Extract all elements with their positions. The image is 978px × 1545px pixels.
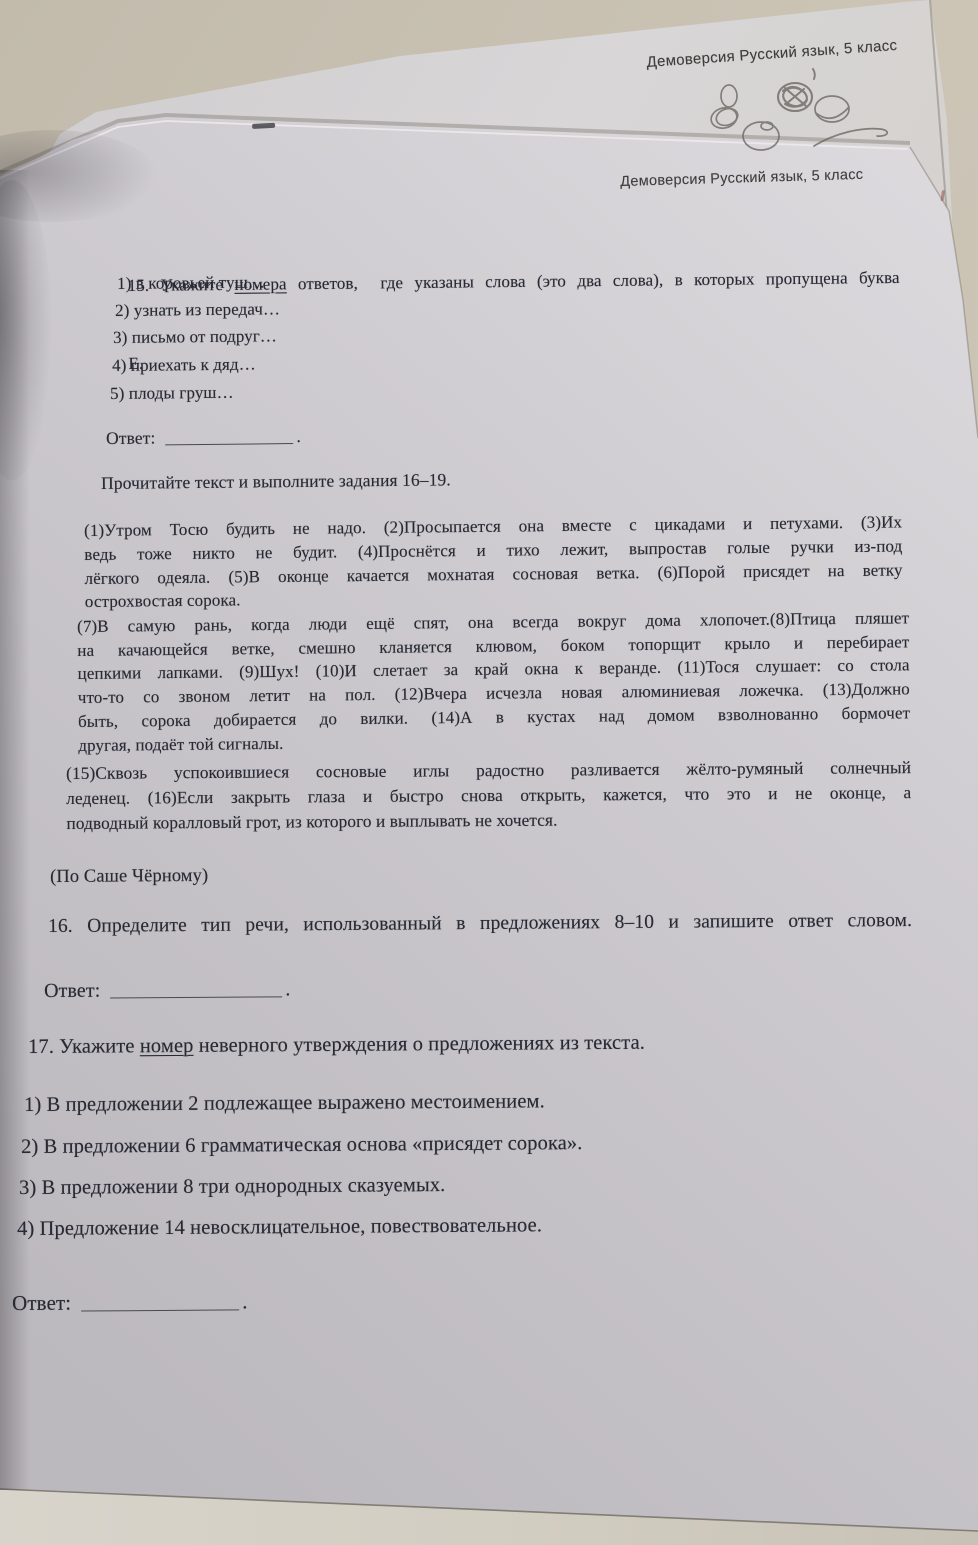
answer-label: Ответ: [12, 1291, 71, 1315]
question-15-prompt: 15. Укажите номера ответов, где указаны … [127, 213, 901, 429]
q15-option-2: 2) узнать из передач… [115, 299, 280, 321]
photo-of-test-paper: Демоверсия Русский язык, 5 класс Демовер… [0, 0, 978, 1545]
q15-option-4: 4) приехать к дяд… [112, 354, 256, 376]
question-17-prompt: 17. Укажите номер неверного утверждения … [28, 1032, 645, 1059]
q15-option-3: 3) письмо от подруг… [113, 326, 277, 348]
underlined-word: номер [140, 1035, 194, 1057]
q17-option-3: 3) В предложении 8 три однородных сказуе… [19, 1174, 445, 1200]
passage-paragraph-1: (1)Утром Тосю будить не надо. (2)Просыпа… [84, 510, 903, 614]
answer-blank [81, 1292, 239, 1312]
passage-paragraph-3: (15)Сквозь успокоившиеся сосновые иглы р… [66, 755, 912, 836]
answer-label: Ответ: [106, 427, 156, 448]
passage-paragraph-2: (7)В самую рань, когда люди ещё спят, он… [77, 606, 910, 757]
q15-option-1: 1) в коровьей туш… [117, 272, 265, 294]
q15-option-5: 5) плоды груш… [110, 383, 234, 404]
q17-answer: Ответ:. [12, 1289, 248, 1316]
q17-option-1: 1) В предложении 2 подлежащее выражено м… [24, 1090, 545, 1117]
q15-answer: Ответ:. [106, 426, 301, 449]
passage-attribution: (По Саше Чёрному) [50, 866, 208, 888]
answer-label: Ответ: [44, 980, 100, 1002]
q17-option-4: 4) Предложение 14 невосклицательное, пов… [17, 1214, 542, 1241]
answer-blank [110, 979, 282, 998]
reading-instruction: Прочитайте текст и выполните задания 16–… [101, 469, 451, 494]
q16-answer: Ответ:. [44, 978, 291, 1003]
answer-blank [165, 428, 293, 445]
q17-option-2: 2) В предложении 6 грамматическая основа… [21, 1132, 583, 1159]
